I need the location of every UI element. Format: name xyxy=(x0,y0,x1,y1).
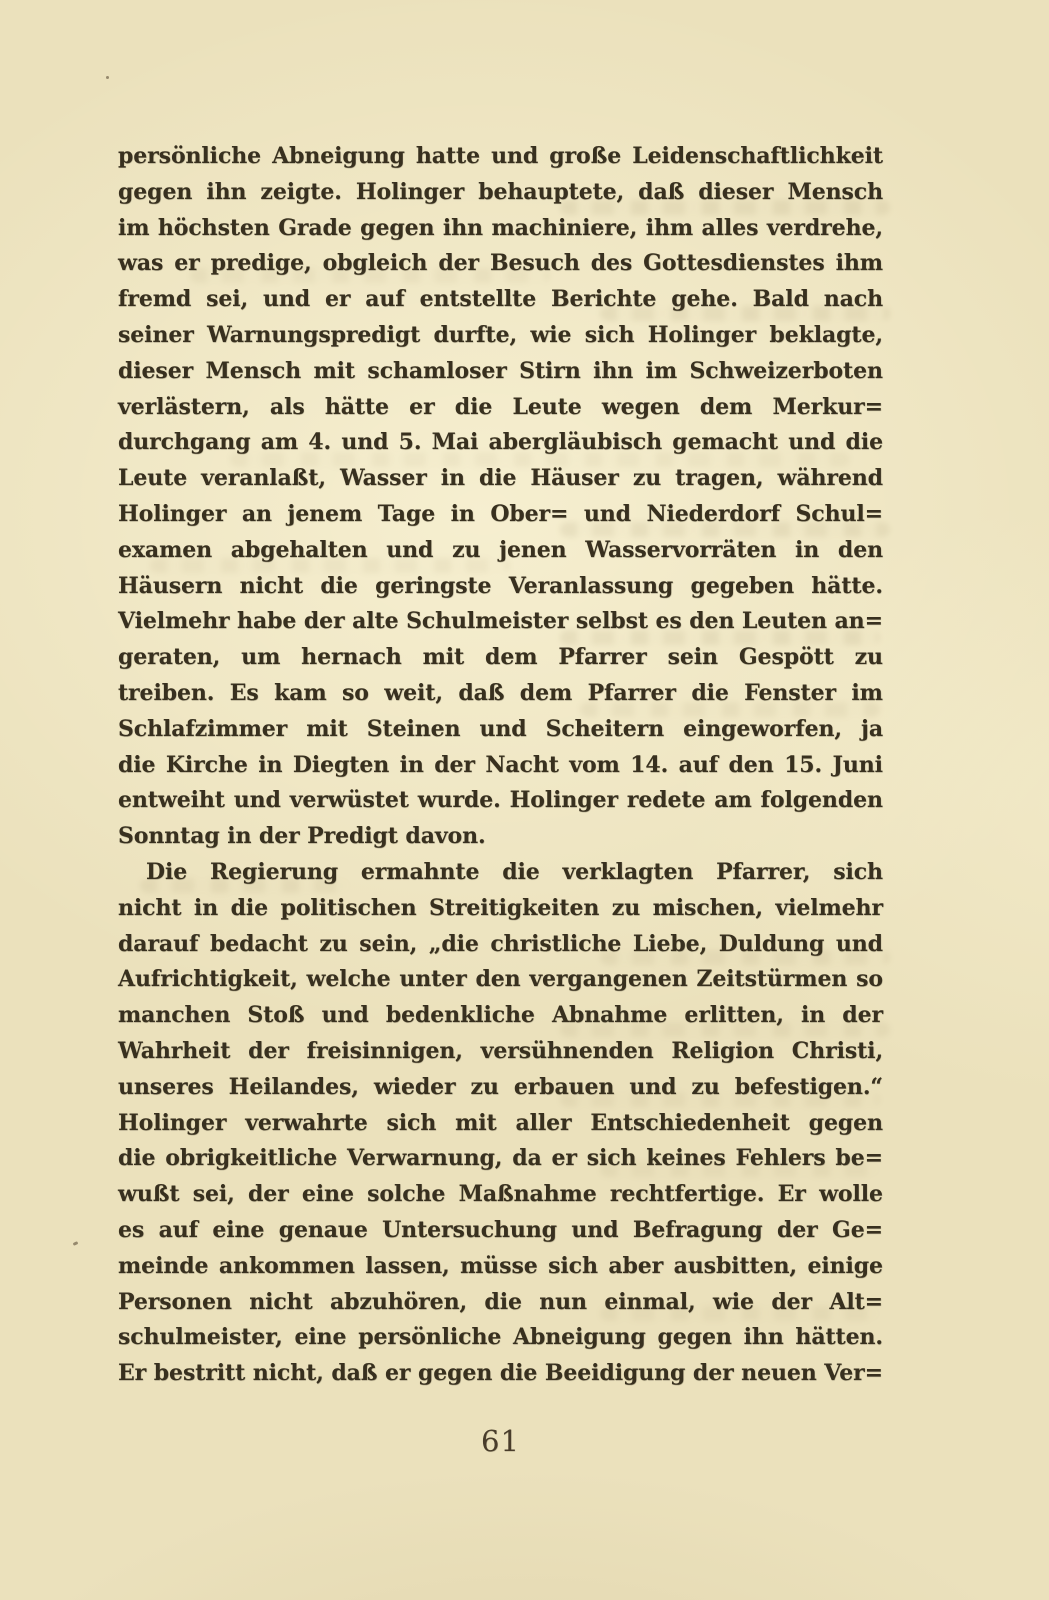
text-line: entweihtundverwüstetwurde.Holingerredete… xyxy=(118,783,883,819)
text-line: HäusernnichtdiegeringsteVeranlassunggege… xyxy=(118,569,883,605)
text-line: esaufeinegenaueUntersuchungundBefragungd… xyxy=(118,1213,883,1249)
text-line: Personennichtabzuhören,dienuneinmal,wied… xyxy=(118,1285,883,1321)
text-line: meindeankommenlassen,müssesichaberausbit… xyxy=(118,1249,883,1285)
text-line: VielmehrhabederalteSchulmeisterselbstesd… xyxy=(118,604,883,640)
text-line: manchenStoßundbedenklicheAbnahmeerlitten… xyxy=(118,998,883,1034)
text-line: geraten,umhernachmitdemPfarrerseinGespöt… xyxy=(118,640,883,676)
paragraph-2: DieRegierungermahntedieverklagtenPfarrer… xyxy=(118,855,883,1392)
body-text: persönlicheAbneigunghatteundgroßeLeidens… xyxy=(118,139,883,1392)
paragraph-1: persönlicheAbneigunghatteundgroßeLeidens… xyxy=(118,139,883,855)
text-line: verlästern,alshätteerdieLeutewegendemMer… xyxy=(118,390,883,426)
text-line: daraufbedachtzusein,„diechristlicheLiebe… xyxy=(118,927,883,963)
page-number: 61 xyxy=(118,1424,883,1458)
text-line: examenabgehaltenundzujenenWasservorräten… xyxy=(118,533,883,569)
text-line: Wahrheitderfreisinnigen,versühnendenReli… xyxy=(118,1034,883,1070)
text-line: SchlafzimmermitSteinenundScheiterneingew… xyxy=(118,712,883,748)
ink-speck xyxy=(106,76,109,79)
text-line: dieobrigkeitlicheVerwarnung,daersichkein… xyxy=(118,1141,883,1177)
text-line: dieserMenschmitschamloserStirnihnimSchwe… xyxy=(118,354,883,390)
text-line: HolingerverwahrtesichmitallerEntschieden… xyxy=(118,1106,883,1142)
text-line: unseresHeilandes,wiederzuerbauenundzubef… xyxy=(118,1070,883,1106)
text-line: persönlicheAbneigunghatteundgroßeLeidens… xyxy=(118,139,883,175)
text-line: DieRegierungermahntedieverklagtenPfarrer… xyxy=(118,855,883,891)
text-line: nichtindiepolitischenStreitigkeitenzumis… xyxy=(118,891,883,927)
text-line: Sonntag in der Predigt davon. xyxy=(118,819,883,855)
text-line: waserpredige,obgleichderBesuchdesGottesd… xyxy=(118,246,883,282)
text-line: Erbestrittnicht,daßergegendieBeeidigungd… xyxy=(118,1356,883,1392)
text-line: dieKircheinDiegteninderNachtvom14.aufden… xyxy=(118,748,883,784)
text-line: Leuteveranlaßt,WasserindieHäuserzutragen… xyxy=(118,461,883,497)
text-line: imhöchstenGradegegenihnmachiniere,ihmall… xyxy=(118,211,883,247)
text-line: durchgangam4.und5.Maiabergläubischgemach… xyxy=(118,425,883,461)
text-line: wußtsei,dereinesolcheMaßnahmerechtfertig… xyxy=(118,1177,883,1213)
text-line: treiben.Eskamsoweit,daßdemPfarrerdieFens… xyxy=(118,676,883,712)
text-line: Aufrichtigkeit,welcheunterdenvergangenen… xyxy=(118,962,883,998)
text-line: fremdsei,underaufentstellteBerichtegehe.… xyxy=(118,282,883,318)
text-line: seinerWarnungspredigtdurfte,wiesichHolin… xyxy=(118,318,883,354)
text-line: HolingeranjenemTageinOber=undNiederdorfS… xyxy=(118,497,883,533)
scanned-book-page: { "ink_color": "#38301f", "paper_color":… xyxy=(0,0,1049,1600)
text-line: gegenihnzeigte.Holingerbehauptete,daßdie… xyxy=(118,175,883,211)
text-line: schulmeister,einepersönlicheAbneigunggeg… xyxy=(118,1320,883,1356)
ink-speck xyxy=(73,1241,79,1246)
